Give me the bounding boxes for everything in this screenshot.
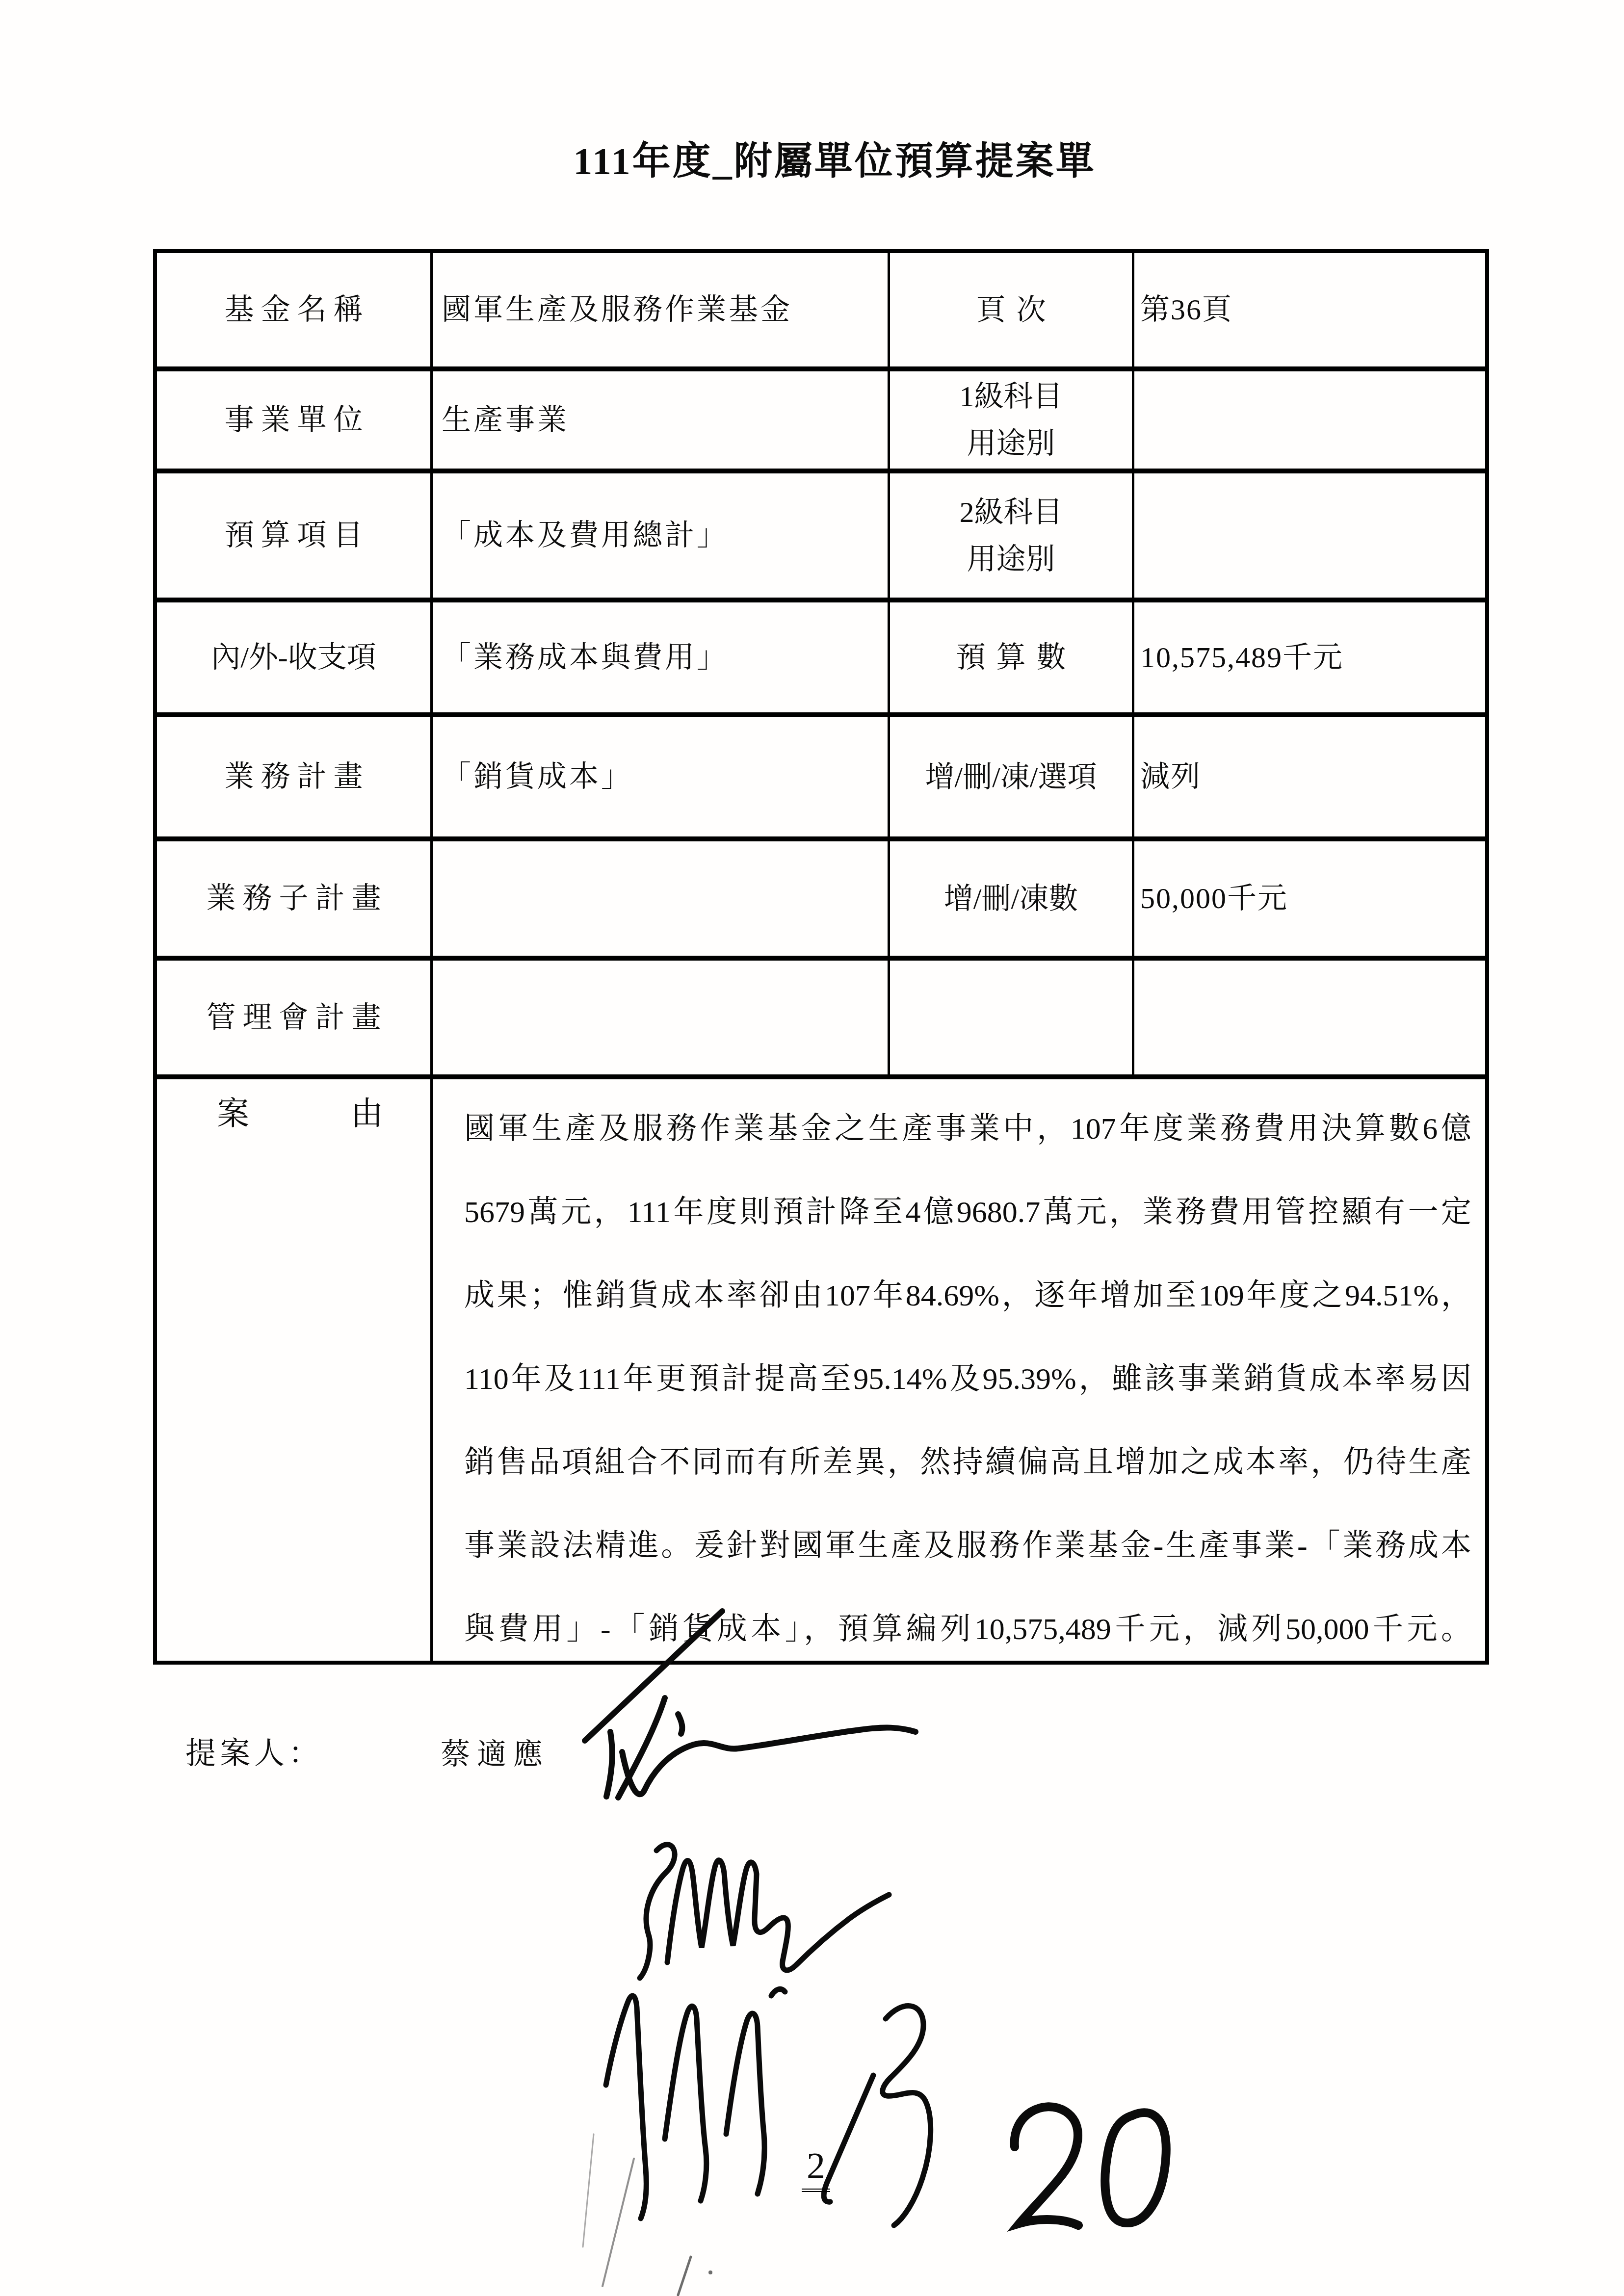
business-subplan-value bbox=[433, 841, 890, 961]
account-type-value: 「業務成本與費用」 bbox=[433, 602, 890, 717]
page-index-label: 頁次 bbox=[890, 253, 1134, 371]
signature-scrawl-2 bbox=[613, 1830, 908, 1992]
case-reason-label: 案 由 bbox=[157, 1079, 433, 1661]
case-reason-line: 事業設法精進。爰針對國軍生產及服務作業基金-生產事業-「業務成本 bbox=[464, 1504, 1471, 1588]
fund-name-label: 基金名稱 bbox=[157, 253, 433, 371]
page-index-value: 第36頁 bbox=[1134, 253, 1485, 371]
account-type-label: 內/外-收支項 bbox=[157, 602, 433, 717]
case-reason-line: 成果；惟銷貨成本率卻由107年84.69%，逐年增加至109年度之94.51%， bbox=[464, 1254, 1471, 1337]
adjust-option-value: 減列 bbox=[1134, 717, 1485, 841]
business-unit-value: 生產事業 bbox=[433, 371, 890, 473]
management-plan-value bbox=[433, 961, 890, 1079]
signature-scrawl-3 bbox=[579, 1972, 962, 2296]
budget-amount-value: 10,575,489千元 bbox=[1134, 602, 1485, 717]
adjust-amount-label: 增/刪/凍數 bbox=[890, 841, 1134, 961]
page-title: 111年度_附屬單位預算提案單 bbox=[0, 130, 1624, 185]
budget-table: 基金名稱 國軍生產及服務作業基金 頁次 第36頁 事業單位 生產事業 1級科目 … bbox=[153, 249, 1489, 1665]
case-reason-label-right: 由 bbox=[351, 1094, 383, 1135]
management-plan-cell4 bbox=[1134, 961, 1485, 1079]
level1-subject-value bbox=[1134, 371, 1485, 473]
level2-subject-label: 2級科目 用途別 bbox=[890, 473, 1134, 602]
management-plan-label: 管理會計畫 bbox=[157, 961, 433, 1079]
page-number: 2 bbox=[802, 2145, 830, 2192]
case-reason-text: 國軍生產及服務作業基金之生產事業中，107年度業務費用決算數6億 5679萬元，… bbox=[433, 1079, 1485, 1661]
adjust-option-label: 增/刪/凍/選項 bbox=[890, 717, 1134, 841]
signature-scrawl-1 bbox=[564, 1603, 947, 1824]
level1-subject-label: 1級科目 用途別 bbox=[890, 371, 1134, 473]
business-plan-value: 「銷貨成本」 bbox=[433, 717, 890, 841]
scanned-budget-proposal-document: 111年度_附屬單位預算提案單 基金名稱 國軍生產及服務作業基金 頁次 第36頁… bbox=[0, 0, 1624, 2296]
case-reason-line: 國軍生產及服務作業基金之生產事業中，107年度業務費用決算數6億 bbox=[464, 1087, 1471, 1171]
proposer-name: 蔡適應 bbox=[441, 1731, 550, 1773]
fund-name-value: 國軍生產及服務作業基金 bbox=[433, 253, 890, 371]
proposer-label: 提案人： bbox=[185, 1729, 323, 1773]
budget-item-label: 預算項目 bbox=[157, 473, 433, 602]
adjust-amount-value: 50,000千元 bbox=[1134, 841, 1485, 961]
budget-item-value: 「成本及費用總計」 bbox=[433, 473, 890, 602]
business-unit-label: 事業單位 bbox=[157, 371, 433, 473]
case-reason-line: 110年及111年更預計提高至95.14%及95.39%，雖該事業銷貨成本率易因 bbox=[464, 1337, 1471, 1421]
case-reason-line: 銷售品項組合不同而有所差異，然持續偏高且增加之成本率，仍待生產 bbox=[464, 1421, 1471, 1504]
level2-subject-value bbox=[1134, 473, 1485, 602]
handwritten-number-20 bbox=[991, 2079, 1187, 2256]
case-reason-line: 5679萬元，111年度則預計降至4億9680.7萬元，業務費用管控顯有一定 bbox=[464, 1171, 1471, 1254]
budget-amount-label: 預算數 bbox=[890, 602, 1134, 717]
business-plan-label: 業務計畫 bbox=[157, 717, 433, 841]
business-subplan-label: 業務子計畫 bbox=[157, 841, 433, 961]
case-reason-label-left: 案 bbox=[217, 1094, 249, 1135]
management-plan-cell3 bbox=[890, 961, 1134, 1079]
scan-artifact-marks bbox=[653, 2237, 751, 2296]
